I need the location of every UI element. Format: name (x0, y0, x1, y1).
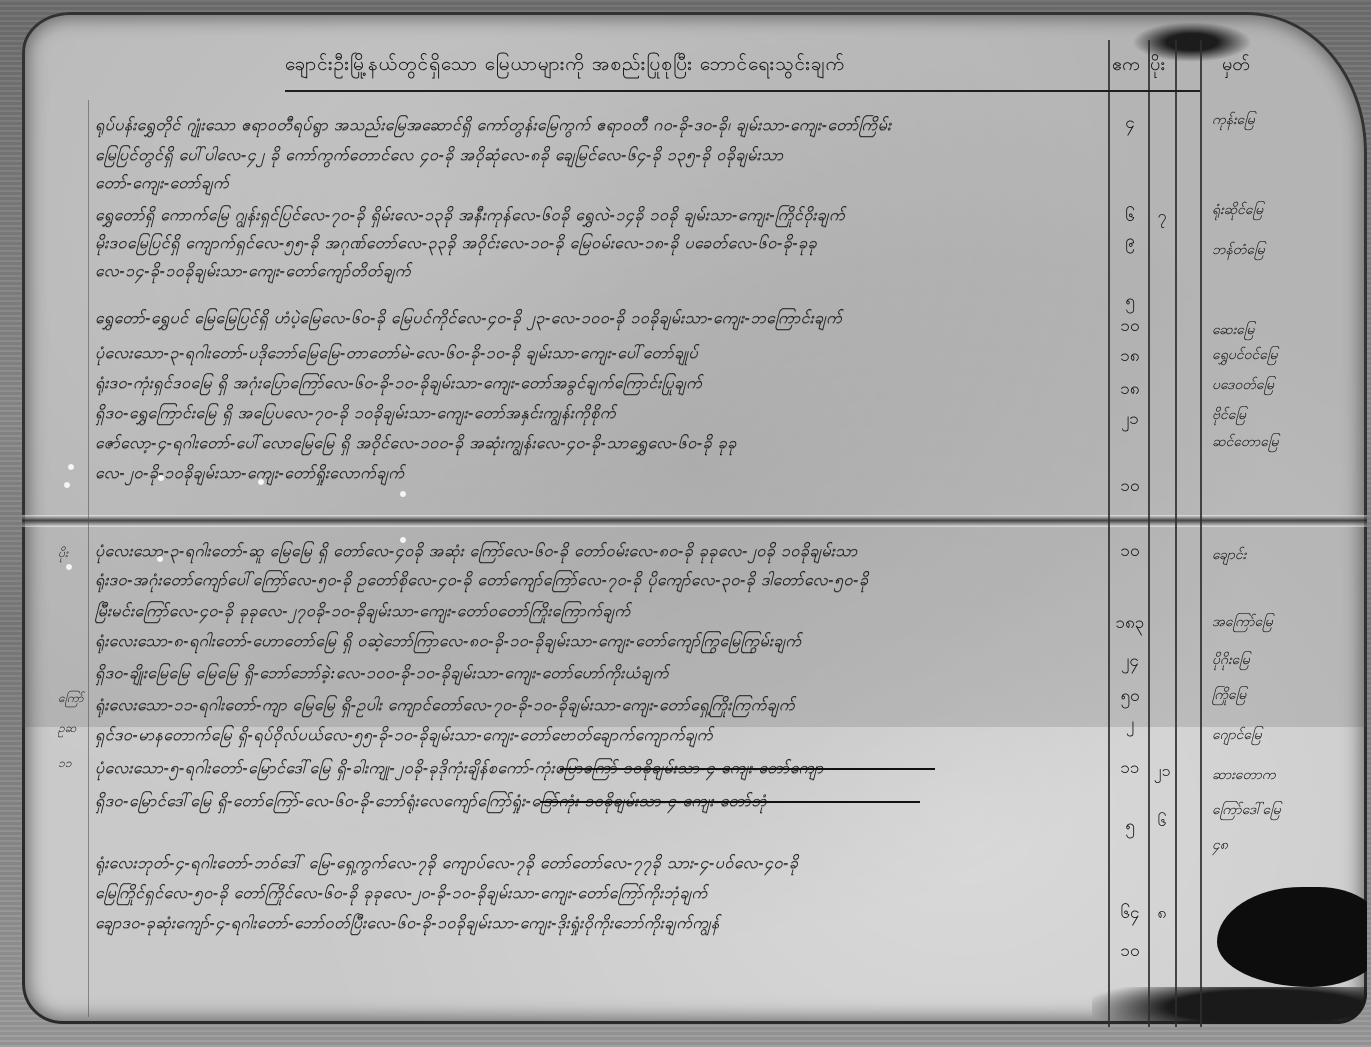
amount-cell: ၅၀ (1113, 685, 1147, 710)
ledger-row: ရုံးဒ၀-အဂုံးတော်ကျော်ပေါ်ကြော်လေ-၅၀-ခို … (95, 567, 1105, 593)
amount-cell: ၁၈ (1113, 378, 1147, 403)
column-rule-4 (1200, 40, 1202, 1027)
dust-speck (400, 491, 406, 497)
dust-speck (400, 537, 406, 543)
ledger-row: ရွှေတော်ရှိ ကောက်မြေ ဂျွန်းရှင်ပြင်လေ-၇၀… (95, 202, 1105, 228)
remark-cell: ဘန်တံမြေ (1212, 240, 1322, 261)
column-header-1: ဧက (1112, 52, 1140, 79)
ledger-row: ပုံလေးသော-၃-ရဂါးတော်-ဆူ မြေမြေ ရှိ တော်လ… (95, 538, 1105, 564)
amount-cell: ၅ (1113, 290, 1147, 315)
remark-cell: ၄၈ (1212, 835, 1322, 856)
remark-cell: အကြော်မြေ (1212, 612, 1322, 633)
ledger-row: ရုပ်ပန်းရွှေတိုင် ဂျုံးသော ဧရာဝတီရပ်ရွာ … (95, 112, 1105, 138)
header-underline (285, 90, 1200, 92)
amount-cell: ၁၀ (1113, 475, 1147, 500)
dust-speck (258, 479, 264, 485)
column-rule-2 (1148, 40, 1150, 1027)
damaged-edge-bottom (1092, 987, 1367, 1024)
remark-cell: ဆေးမြေ (1212, 320, 1322, 341)
remark-cell: ကုန်းမြေ (1212, 110, 1322, 131)
ledger-row: ရှင်ဒ၀-မာနတောက်မြေ ရှိ-ရပ်ဝိုလ်ပယ်လေ-၅၅-… (95, 722, 1105, 748)
amount-cell: ၁၀ (1113, 540, 1147, 565)
ledger-row-struck: ပုံလေးသော-၅-ရဂါးတော်-မြောင်ဒေါ်မြေ ရှိ-ခ… (95, 755, 1105, 781)
ledger-row: ရုံးလေးသော-၁၁-ရဂါးတော်-ကျာ မြေမြေ ရှိ-ဥပ… (95, 692, 1105, 718)
ledger-row: ရှိဒ၀-ရွှေကြောင်းမြေ ရှိ အပြေပလေ-၇၀-ခို … (95, 400, 1105, 426)
remark-cell: ကြိုမြေ (1212, 685, 1322, 706)
dust-speck (64, 482, 70, 488)
remark-cell: ပဒေဝတ်မြေ (1212, 375, 1322, 396)
amount-cell: ၁၀ (1113, 315, 1147, 340)
ledger-row: မြီးမင်းကြော်လေ-၄၀-ခို ခုခုလေ-၂၇၀ခို-၁၀-… (95, 598, 1105, 624)
ledger-row: ချောဒ၀-ခုဆုံးကျော်-၄-ရဂါးတော်-ဘော်ဝတ်ပြီ… (95, 910, 1105, 936)
center-fold (22, 515, 1367, 527)
ledger-row: မြေပြင်တွင်ရှိ ပေါ်ပါလေ-၄၂ ခို ကော်ကွက်တ… (95, 142, 1105, 168)
secondary-cell: ၇ (1150, 205, 1174, 229)
remark-cell: ဆင်တောမြေ (1212, 432, 1322, 453)
margin-note: ကြော် (58, 690, 92, 708)
margin-note: ဥဆ (58, 720, 92, 738)
amount-cell: ၆ (1113, 205, 1147, 230)
ledger-row: ရုံးလေးဘုတ်-၄-ရဂါးတော်-ဘဝ်ဒေါ် မြေ-ရှေ့က… (95, 850, 1105, 876)
ledger-row: ပုံလေးသော-၃-ရဂါးတော်-ပဒိုဘော်မြေမြေ-တာတေ… (95, 340, 1105, 366)
amount-cell: ၂ (1113, 713, 1147, 738)
column-rule-1 (1108, 40, 1110, 1027)
secondary-cell: ၂၁ (1150, 760, 1174, 784)
margin-note: ၁၁ (58, 755, 92, 773)
remark-cell: ဂျောင်မြေ (1212, 725, 1322, 746)
remark-cell: ဆားတောက (1212, 765, 1322, 786)
amount-cell: ၁၀ (1113, 940, 1147, 965)
remark-cell: ရွှေပင်ဝင်မြေ (1212, 345, 1322, 366)
document-title: ချောင်းဦးမြို့နယ်တွင်ရှိသော မြေယာများကို… (285, 52, 1075, 82)
remark-cell: ရုံးဆိုင်မြေ (1212, 200, 1322, 221)
amount-cell: ၂၄ (1113, 650, 1147, 675)
ledger-row: ရုံးဒ၀-ကုံးရှင်ဒ၀မြေ ရှိ အဂုံးပြောကြော်လ… (95, 370, 1105, 396)
burn-hole (1217, 887, 1367, 987)
amount-cell: ၄ (1113, 112, 1147, 137)
ledger-row: ဇော်လော့-၄-ရဂါးတော်-ပေါ်လောမြေမြေ ရှိ အဝ… (95, 430, 1105, 456)
amount-cell: ၁၈၃ (1113, 612, 1147, 637)
dust-speck (157, 556, 163, 562)
dust-speck (66, 564, 72, 570)
ledger-row: ရုံးလေးသော-၈-ရဂါးတော်-ဟောတော်မြေ ရှိ ဝဆဲ… (95, 628, 1105, 654)
secondary-cell: ၈ (1150, 902, 1174, 926)
margin-note: ပိုး (58, 545, 92, 563)
column-rule-3 (1175, 40, 1177, 1027)
amount-cell: ၂၁ (1113, 408, 1147, 433)
dust-speck (158, 475, 164, 481)
remark-cell: ချောင်း (1212, 545, 1322, 566)
remark-cell: ပိုဂိုးမြေ (1212, 650, 1322, 671)
amount-cell: ၁၈ (1113, 345, 1147, 370)
dust-speck (68, 464, 74, 470)
amount-cell: ၆၄ (1113, 902, 1147, 927)
remark-cell: ဗိုင်မြေ (1212, 405, 1322, 426)
remark-cell: ကြော်ဒေါ်မြေ (1212, 800, 1322, 821)
column-header-2: ပိုး (1150, 52, 1165, 79)
amount-cell: ၁၁ (1113, 757, 1147, 782)
ledger-row-struck: ရှိဒ၀-မြောင်ဒေါ်မြေ ရှိ-တော်ကြော်-လေ-၆၀-… (95, 788, 1105, 814)
ledger-row: ရှိဒ၀-ချိုးမြေမြေ မြေမြေ ရှိ-ဘော်ဘော်ခဲ့… (95, 660, 1105, 686)
ledger-row: လေ-၂၀-ခို-၁၀ခိုချမ်းသာ-ကျေး-တော်ရှိုးလော… (95, 460, 1105, 486)
amount-cell: ၅ (1113, 815, 1147, 840)
ledger-row: မိုးဒ၀မြေပြင်ရှိ ကျောက်ရှင်လေ-၅၅-ခို အဂု… (95, 230, 1105, 256)
ledger-row: ရွှေတော်-ရွှေပင် မြေမြေပြင်ရှိ ဟံပဲ့မြေလ… (95, 305, 1105, 331)
amount-cell: ၉ (1113, 230, 1147, 255)
ledger-row: မြေကြိုင်ရှင်လေ-၅၀-ခို တော်ကြိုင်လေ-၆၀-ခ… (95, 880, 1105, 906)
ledger-row: လေ-၁၄-ခို-၁၀ခိုချမ်းသာ-ကျေး-တော်ကျော်တိတ… (95, 258, 1105, 284)
ledger-row: တော်-ကျေး-တော်ချက် (95, 170, 1105, 196)
column-header-3: မှတ် (1222, 52, 1250, 79)
secondary-cell: ၆ (1150, 810, 1174, 834)
